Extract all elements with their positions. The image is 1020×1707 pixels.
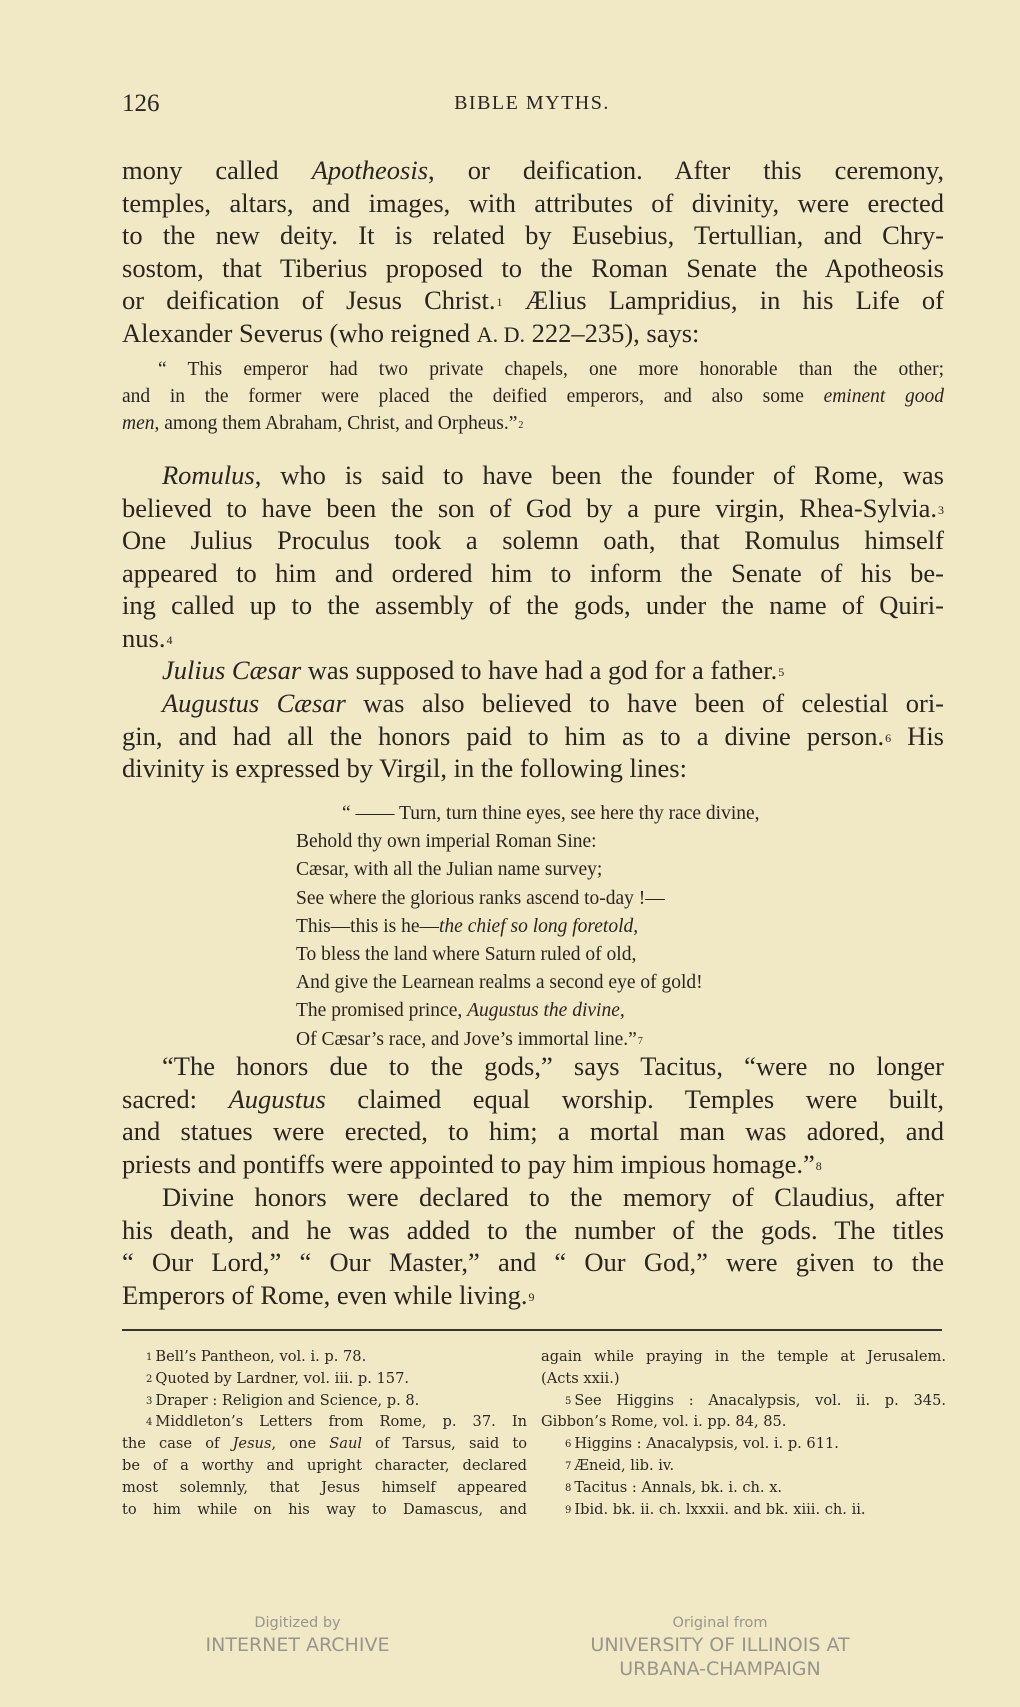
italic-term: Saul [329, 1435, 362, 1452]
text-span: Alexander Severus (who reigned [122, 318, 477, 348]
text-span: , or deification. After this ceremony, [428, 155, 944, 185]
footnote-number: 8 [565, 1483, 571, 1494]
italic-term: Augustus Cæsar [162, 688, 346, 718]
paragraph-tacitus: “The honors due to the gods,” says Tacit… [122, 1050, 944, 1180]
italic-term: Julius Cæsar [162, 655, 301, 685]
footnote-ref: 1 [497, 295, 503, 309]
text-line: and statues were erected, to him; a mort… [122, 1115, 944, 1148]
text-line: One Julius Proculus took a solemn oath, … [122, 524, 944, 557]
text-line: Divine honors were declared to the memor… [122, 1181, 944, 1214]
text-line: temples, altars, and images, with attrib… [122, 187, 944, 220]
text-span: gin, and had all the honors paid to him … [122, 721, 884, 751]
text-span: was also believed to have been of celest… [346, 688, 944, 718]
text-line: to the new deity. It is related by Euseb… [122, 219, 944, 252]
footnotes-right-column: again while praying in the temple at Jer… [541, 1346, 946, 1520]
paragraph-romulus: Romulus, who is said to have been the fo… [122, 459, 944, 655]
footnotes-left-column: 1Bell’s Pantheon, vol. i. p. 78. 2Quoted… [122, 1346, 527, 1520]
footnote-number: 2 [146, 1374, 152, 1385]
footnote-ref: 3 [938, 503, 944, 517]
footnote-number: 9 [565, 1505, 571, 1516]
text-span: Ælius Lampridius, in his Life of [503, 285, 944, 315]
text-span: , who is said to have been the founder o… [255, 460, 944, 490]
paragraph-augustus: Augustus Cæsar was also believed to have… [122, 687, 944, 785]
italic-term: eminent good [824, 386, 944, 407]
text-span: 222–235), says: [525, 318, 699, 348]
footnote-divider [122, 1329, 942, 1331]
text-line: gin, and had all the honors paid to him … [122, 720, 944, 753]
text-line: appeared to him and ordered him to infor… [122, 557, 944, 590]
book-page: 126 BIBLE MYTHS. mony called Apotheosis,… [0, 0, 1020, 1707]
verse-line: The promised prince, Augustus the divine… [296, 997, 916, 1025]
footnote-ref: 2 [518, 420, 523, 431]
quote-line: “ This emperor had two private chapels, … [122, 356, 944, 383]
footnote-4-line: be of a worthy and upright character, de… [122, 1455, 527, 1477]
text-line: Romulus, who is said to have been the fo… [122, 459, 944, 492]
footnote-number: 7 [565, 1461, 571, 1472]
footnote-ref: 7 [638, 1036, 643, 1047]
footnote-text: See Higgins : Anacalypsis, vol. ii. p. 3… [574, 1392, 946, 1409]
watermark-source: URBANA-CHAMPAIGN [575, 1657, 865, 1681]
footnote-text: Æneid, lib. iv. [574, 1457, 674, 1474]
text-span: , one [271, 1435, 329, 1452]
footnote-4: 4Middleton’s Letters from Rome, p. 37. I… [122, 1411, 527, 1433]
verse-line: To bless the land where Saturn ruled of … [296, 941, 916, 969]
text-span: claimed equal worship. Temples were buil… [326, 1084, 944, 1114]
text-line: mony called Apotheosis, or deification. … [122, 154, 944, 187]
watermark-source: INTERNET ARCHIVE [190, 1633, 405, 1657]
footnote-8: 8Tacitus : Annals, bk. i. ch. x. [541, 1477, 946, 1499]
text-span: Of Cæsar’s race, and Jove’s immortal lin… [296, 1029, 637, 1050]
footnote-7: 7Æneid, lib. iv. [541, 1455, 946, 1477]
footnote-text: Middleton’s Letters from Rome, p. 37. In [155, 1413, 527, 1430]
text-line: his death, and he was added to the numbe… [122, 1214, 944, 1247]
text-line: believed to have been the son of God by … [122, 492, 944, 525]
verse-line: And give the Learnean realms a second ey… [296, 969, 916, 997]
text-line: Emperors of Rome, even while living.9 [122, 1279, 944, 1312]
text-line: sacred: Augustus claimed equal worship. … [122, 1083, 944, 1116]
text-span: The promised prince, [296, 1000, 467, 1021]
footnote-number: 4 [146, 1417, 152, 1428]
footnote-text: Ibid. bk. ii. ch. lxxxii. and bk. xiii. … [574, 1501, 865, 1518]
text-span: the case of [122, 1435, 233, 1452]
text-span: mony called [122, 155, 312, 185]
text-line: or deification of Jesus Christ.1 Ælius L… [122, 284, 944, 317]
text-span: and in the former were placed the deifie… [122, 386, 824, 407]
italic-term: Jesus [233, 1435, 272, 1452]
text-span: sacred: [122, 1084, 229, 1114]
footnote-4-line: most solemnly, that Jesus himself appear… [122, 1477, 527, 1499]
footnote-text: Draper : Religion and Science, p. 8. [155, 1392, 419, 1409]
blockquote-lampridius: “ This emperor had two private chapels, … [122, 356, 944, 437]
watermark-source: UNIVERSITY OF ILLINOIS AT [575, 1633, 865, 1657]
text-line: sostom, that Tiberius proposed to the Ro… [122, 252, 944, 285]
footnote-number: 6 [565, 1439, 571, 1450]
footnote-6: 6Higgins : Anacalypsis, vol. i. p. 611. [541, 1433, 946, 1455]
verse-line: “ —— Turn, turn thine eyes, see here thy… [296, 800, 916, 828]
text-span: This—this is he— [296, 916, 439, 937]
verse-line: Behold thy own imperial Roman Sine: [296, 828, 916, 856]
quote-line: and in the former were placed the deifie… [122, 383, 944, 410]
footnote-2: 2Quoted by Lardner, vol. iii. p. 157. [122, 1368, 527, 1390]
text-span: nus. [122, 623, 165, 653]
footnote-ref: 8 [816, 1159, 822, 1173]
original-from-watermark: Original from UNIVERSITY OF ILLINOIS AT … [575, 1613, 865, 1681]
text-line: Alexander Severus (who reigned A. D. 222… [122, 317, 944, 352]
footnote-text: Bell’s Pantheon, vol. i. p. 78. [155, 1348, 366, 1365]
paragraph-julius-caesar: Julius Cæsar was supposed to have had a … [122, 654, 944, 687]
text-line: divinity is expressed by Virgil, in the … [122, 752, 944, 785]
text-span: or deification of Jesus Christ. [122, 285, 496, 315]
paragraph-apotheosis: mony called Apotheosis, or deification. … [122, 154, 944, 352]
era-abbreviation: A. D. [477, 322, 525, 347]
footnote-number: 3 [146, 1396, 152, 1407]
text-span: His [891, 721, 944, 751]
quote-line: men, among them Abraham, Christ, and Orp… [122, 410, 944, 437]
italic-term: the chief so long foretold, [439, 916, 638, 937]
footnote-number: 5 [565, 1396, 571, 1407]
footnote-ref: 9 [529, 1290, 535, 1304]
footnote-1: 1Bell’s Pantheon, vol. i. p. 78. [122, 1346, 527, 1368]
verse-line: Cæsar, with all the Julian name survey; [296, 856, 916, 884]
watermark-caption: Digitized by [190, 1613, 405, 1633]
text-span: of Tarsus, said to [362, 1435, 527, 1452]
text-line: ing called up to the assembly of the god… [122, 589, 944, 622]
verse-line: This—this is he—the chief so long foreto… [296, 913, 916, 941]
paragraph-claudius: Divine honors were declared to the memor… [122, 1181, 944, 1311]
italic-term: men [122, 413, 155, 434]
footnote-4-line: the case of Jesus, one Saul of Tarsus, s… [122, 1433, 527, 1455]
footnote-number: 1 [146, 1352, 152, 1363]
italic-term: Romulus [162, 460, 255, 490]
text-line: Augustus Cæsar was also believed to have… [122, 687, 944, 720]
footnote-text: Higgins : Anacalypsis, vol. i. p. 611. [574, 1435, 839, 1452]
footnote-5-line: Gibbon’s Rome, vol. i. pp. 84, 85. [541, 1411, 946, 1433]
page-header: 126 BIBLE MYTHS. [122, 90, 942, 118]
footnote-4-line: to him while on his way to Damascus, and [122, 1499, 527, 1521]
text-line: “The honors due to the gods,” says Tacit… [122, 1050, 944, 1083]
footnote-9: 9Ibid. bk. ii. ch. lxxxii. and bk. xiii.… [541, 1499, 946, 1521]
footnote-ref: 5 [778, 665, 784, 679]
italic-term: Augustus the divine, [467, 1000, 625, 1021]
text-span: was supposed to have had a god for a fat… [301, 655, 777, 685]
text-line: priests and pontiffs were appointed to p… [122, 1148, 944, 1181]
verse-virgil: “ —— Turn, turn thine eyes, see here thy… [296, 800, 916, 1054]
text-span: Emperors of Rome, even while living. [122, 1280, 528, 1310]
text-line: Julius Cæsar was supposed to have had a … [122, 654, 944, 687]
footnote-4-line: (Acts xxii.) [541, 1368, 946, 1390]
text-span: priests and pontiffs were appointed to p… [122, 1149, 815, 1179]
text-line: nus.4 [122, 622, 944, 655]
verse-line: See where the glorious ranks ascend to-d… [296, 885, 916, 913]
footnote-text: Tacitus : Annals, bk. i. ch. x. [574, 1479, 782, 1496]
footnote-text: Quoted by Lardner, vol. iii. p. 157. [155, 1370, 409, 1387]
running-head: BIBLE MYTHS. [122, 92, 942, 115]
footnote-ref: 6 [885, 731, 891, 745]
text-line: “ Our Lord,” “ Our Master,” and “ Our Go… [122, 1246, 944, 1279]
italic-term: Augustus [229, 1084, 326, 1114]
footnote-4-line: again while praying in the temple at Jer… [541, 1346, 946, 1368]
digitized-by-watermark: Digitized by INTERNET ARCHIVE [190, 1613, 405, 1657]
watermark-caption: Original from [575, 1613, 865, 1633]
footnote-3: 3Draper : Religion and Science, p. 8. [122, 1390, 527, 1412]
footnote-ref: 4 [166, 633, 172, 647]
text-span: believed to have been the son of God by … [122, 493, 937, 523]
text-span: , among them Abraham, Christ, and Orpheu… [155, 413, 518, 434]
footnote-5: 5See Higgins : Anacalypsis, vol. ii. p. … [541, 1390, 946, 1412]
italic-term: Apotheosis [312, 155, 428, 185]
